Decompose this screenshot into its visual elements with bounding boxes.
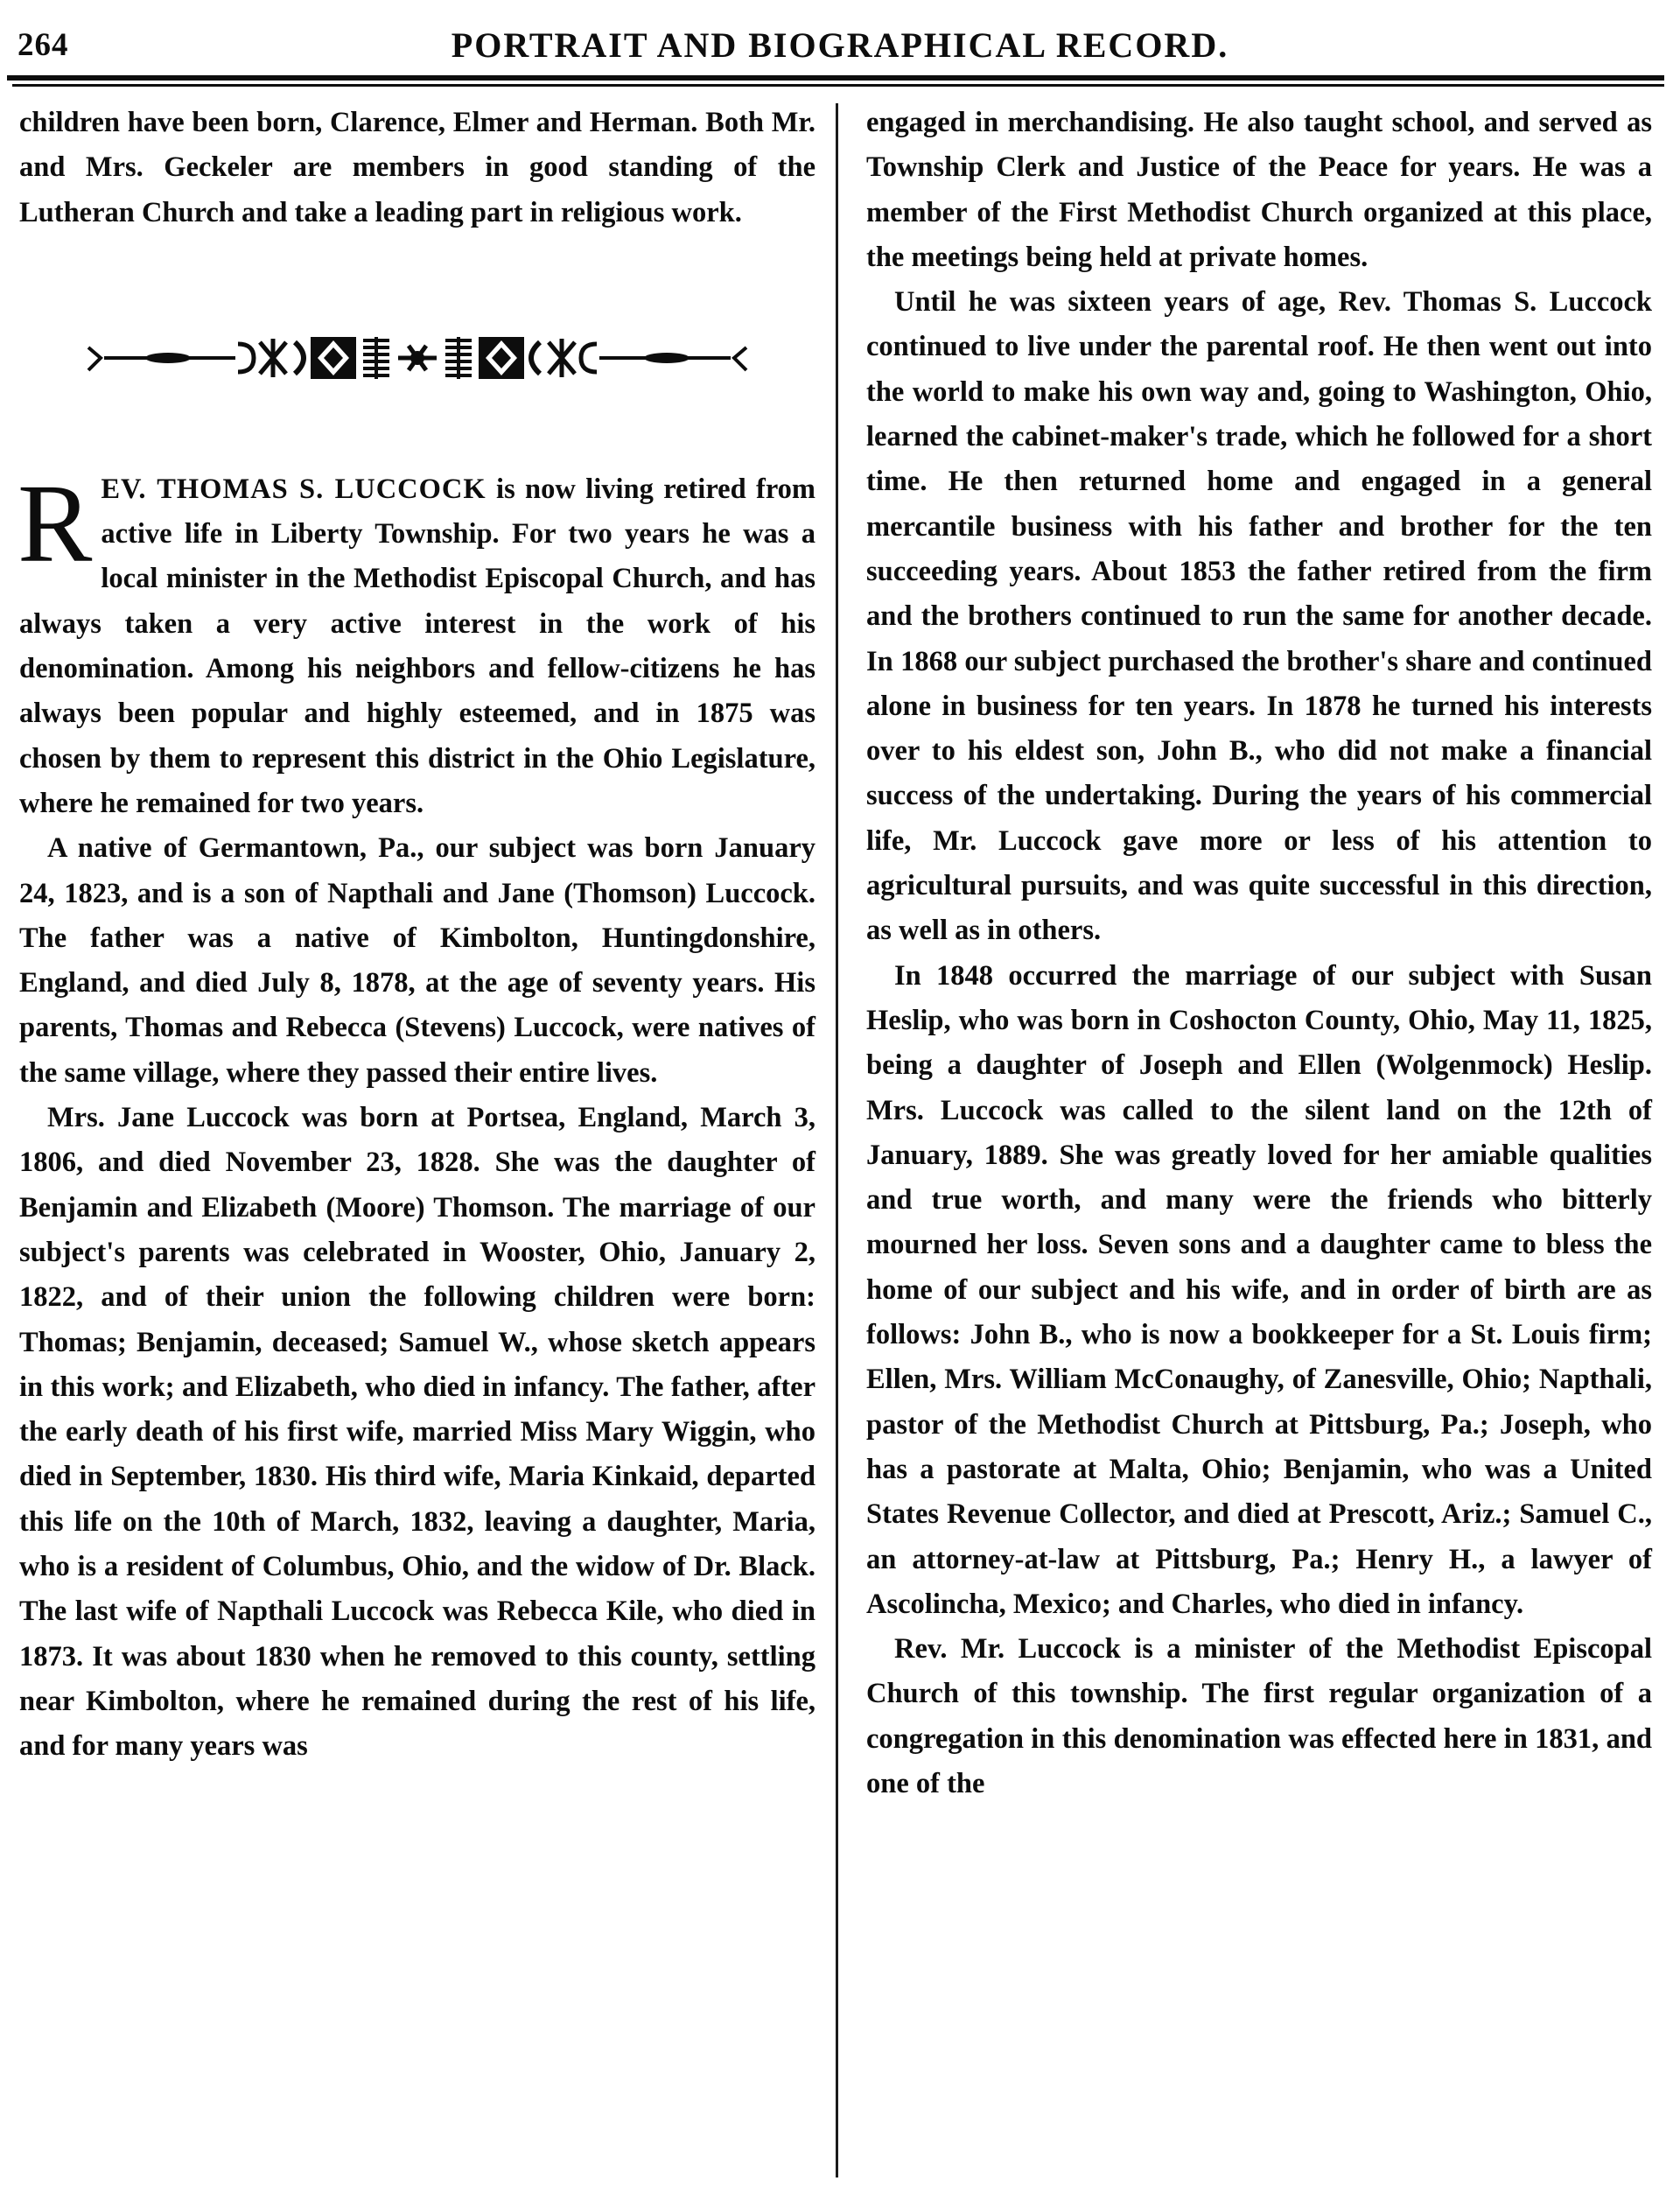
subject-name: EV. THOMAS S. LUCCOCK — [101, 473, 486, 505]
article-intro-paragraph: REV. THOMAS S. LUCCOCK is now living ret… — [19, 467, 815, 826]
decorative-divider-ornament-icon — [85, 332, 750, 384]
article-paragraph-3: Mrs. Jane Luccock was born at Portsea, E… — [19, 1096, 815, 1769]
right-paragraph-3: In 1848 occurred the marriage of our sub… — [866, 954, 1652, 1627]
running-title: PORTRAIT AND BIOGRAPHICAL RECORD. — [0, 25, 1680, 66]
header-rule-thin — [12, 84, 1664, 87]
right-column: engaged in merchandising. He also taught… — [866, 101, 1652, 1806]
article-paragraph-2: A native of Germantown, Pa., our subject… — [19, 826, 815, 1096]
right-paragraph-1: engaged in merchandising. He also taught… — [866, 101, 1652, 280]
drop-cap: R — [17, 480, 92, 571]
right-paragraph-4: Rev. Mr. Luccock is a minister of the Me… — [866, 1627, 1652, 1806]
intro-text: is now living retired from active life i… — [19, 473, 815, 819]
header-rule-thick — [7, 75, 1664, 81]
column-divider — [836, 103, 838, 2177]
page-header: 264 PORTRAIT AND BIOGRAPHICAL RECORD. — [0, 0, 1680, 96]
left-column: children have been born, Clarence, Elmer… — [19, 101, 815, 1770]
right-paragraph-2: Until he was sixteen years of age, Rev. … — [866, 280, 1652, 953]
continuation-paragraph: children have been born, Clarence, Elmer… — [19, 101, 815, 235]
